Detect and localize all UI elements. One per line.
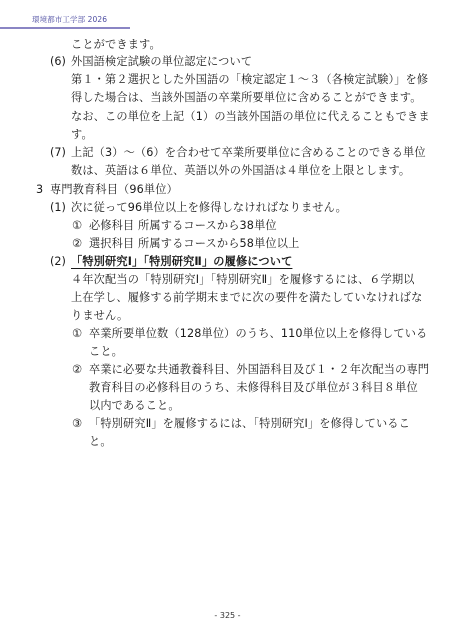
header-title: 環境都市工学部 2026: [32, 14, 107, 25]
sub1-number: (1): [50, 201, 66, 215]
requirement-line: こと。: [89, 345, 123, 359]
item7-number: (7): [50, 146, 66, 160]
section3-number: 3: [36, 183, 43, 197]
continuation-text: ことができます。: [71, 38, 161, 52]
item7-line: 上記（3）～（6）を合わせて卒業所要単位に含めることのできる単位: [71, 146, 426, 160]
sub2-line: 上在学し、履修する前学期末までに次の要件を満たしていなければな: [71, 291, 422, 305]
item6-number: (6): [50, 55, 66, 69]
item6-heading: 外国語検定試験の単位認定について: [71, 55, 252, 69]
item6-line: 第１・第２選択とした外国語の「検定認定１～３（各検定試験）」を修: [71, 73, 428, 87]
sub2-line: りません。: [71, 309, 128, 323]
sub1-item-marker: ②: [72, 237, 82, 251]
requirement-line: 以内であること。: [89, 399, 180, 413]
sub1-item-text: 必修科目 所属するコースから38単位: [89, 219, 277, 233]
requirement-line: 教育科目の必修科目のうち、未修得科目及び単位が３科目８単位: [89, 381, 418, 395]
requirement-marker: ③: [72, 417, 82, 431]
requirement-line: 「特別研究Ⅱ」を履修するには、「特別研究Ⅰ」を修得しているこ: [89, 417, 410, 431]
sub1-text: 次に従って96単位以上を修得しなければなりません。: [71, 201, 347, 215]
sub1-item-text: 選択科目 所属するコースから58単位以上: [89, 237, 299, 251]
item6-line: なお、この単位を上記（1）の当該外国語の単位に代えることもできま: [71, 110, 430, 124]
requirement-marker: ①: [72, 327, 82, 341]
sub2-line: ４年次配当の「特別研究Ⅰ」「特別研究Ⅱ」を履修するには、６学期以: [71, 273, 415, 287]
page-header: 環境都市工学部 2026: [0, 0, 130, 28]
sub1-item-marker: ①: [72, 219, 82, 233]
requirement-line: 卒業所要単位数（128単位）のうち、110単位以上を修得している: [89, 327, 427, 341]
requirement-line: 卒業に必要な共通教養科目、外国語科目及び１・２年次配当の専門: [89, 363, 429, 377]
sub2-number: (2): [50, 255, 66, 269]
page-number: - 325 -: [0, 611, 455, 620]
item6-line: す。: [71, 128, 93, 142]
item7-line: 数は、英語は６単位、英語以外の外国語は４単位を上限とします。: [71, 164, 410, 178]
section3-heading: 専門教育科目（96単位）: [50, 183, 178, 197]
requirement-line: と。: [89, 435, 112, 449]
sub2-heading: 「特別研究Ⅰ」「特別研究Ⅱ」の履修について: [71, 255, 292, 269]
header-rule: [0, 27, 130, 29]
item6-line: 得した場合は、当該外国語の卒業所要単位に含めることができます。: [71, 91, 422, 105]
requirement-marker: ②: [72, 363, 82, 377]
